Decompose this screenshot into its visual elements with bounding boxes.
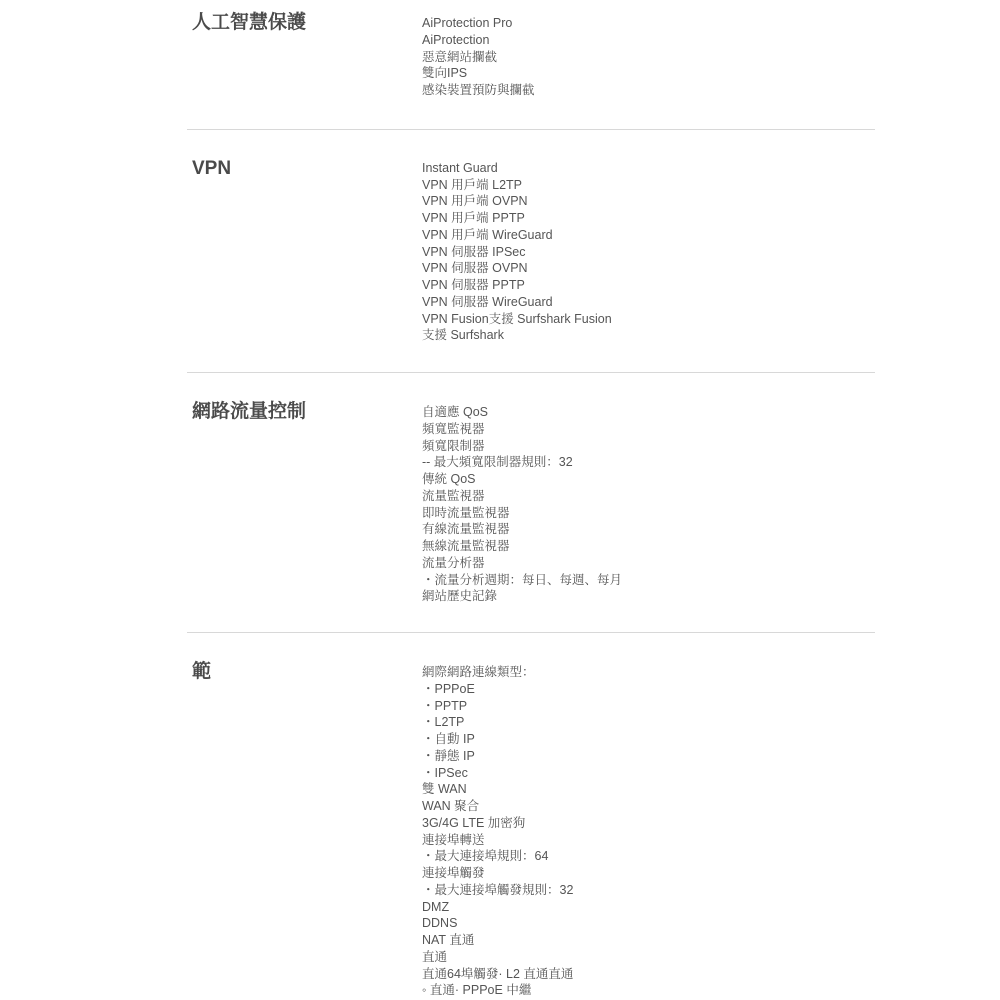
- feature-item: 有線流量監視器: [422, 521, 875, 538]
- feature-item: 網際網路連線類型：: [422, 664, 875, 681]
- feature-item: VPN 伺服器 PPTP: [422, 277, 875, 294]
- feature-list: 網際網路連線類型： ・PPPoE ・PPTP ・L2TP ・自動 IP ・靜態 …: [422, 660, 875, 999]
- feature-item: VPN 用戶端 L2TP: [422, 177, 875, 194]
- feature-item: VPN 伺服器 WireGuard: [422, 294, 875, 311]
- feature-item: 雙向IPS: [422, 65, 875, 82]
- feature-item: 網站歷史記錄: [422, 588, 875, 605]
- feature-item: NAT 直通: [422, 932, 875, 949]
- feature-item: VPN 用戶端 WireGuard: [422, 227, 875, 244]
- feature-item: 頻寬監視器: [422, 421, 875, 438]
- section-vpn: VPN Instant Guard VPN 用戶端 L2TP VPN 用戶端 O…: [187, 130, 875, 344]
- spec-table: 人工智慧保護 AiProtection Pro AiProtection 惡意網…: [187, 0, 875, 999]
- feature-list: 自適應 QoS 頻寬監視器 頻寬限制器 -- 最大頻寬限制器規則：32 傳統 Q…: [422, 400, 875, 605]
- feature-item: 頻寬限制器: [422, 438, 875, 455]
- feature-list: AiProtection Pro AiProtection 惡意網站攔截 雙向I…: [422, 11, 875, 99]
- section-traffic-control: 網路流量控制 自適應 QoS 頻寬監視器 頻寬限制器 -- 最大頻寬限制器規則：…: [187, 373, 875, 605]
- feature-item: Instant Guard: [422, 160, 875, 177]
- feature-item: 連接埠觸發: [422, 865, 875, 882]
- feature-item: WAN 聚合: [422, 798, 875, 815]
- feature-item: 惡意網站攔截: [422, 49, 875, 66]
- feature-item: 直通64埠觸發· L2 直通直通: [422, 966, 875, 983]
- feature-item: ・最大連接埠規則：64: [422, 848, 875, 865]
- feature-item: ・靜態 IP: [422, 748, 875, 765]
- section-ai-protection: 人工智慧保護 AiProtection Pro AiProtection 惡意網…: [187, 0, 875, 99]
- feature-item: ・自動 IP: [422, 731, 875, 748]
- feature-item: 連接埠轉送: [422, 832, 875, 849]
- feature-item: ・PPPoE: [422, 681, 875, 698]
- section-title: 範: [187, 660, 422, 684]
- feature-item: DDNS: [422, 915, 875, 932]
- feature-item: VPN 用戶端 PPTP: [422, 210, 875, 227]
- feature-item: 直通: [422, 949, 875, 966]
- feature-item: ・IPSec: [422, 765, 875, 782]
- feature-item: 無線流量監視器: [422, 538, 875, 555]
- section-wan: 範 網際網路連線類型： ・PPPoE ・PPTP ・L2TP ・自動 IP ・靜…: [187, 633, 875, 999]
- feature-item: 傳統 QoS: [422, 471, 875, 488]
- feature-item: DMZ: [422, 899, 875, 916]
- feature-item: AiProtection Pro: [422, 15, 875, 32]
- feature-item: 流量監視器: [422, 488, 875, 505]
- feature-item: ・流量分析週期：每日、每週、每月: [422, 572, 875, 589]
- feature-item: ・L2TP: [422, 714, 875, 731]
- feature-item: AiProtection: [422, 32, 875, 49]
- feature-item: ・最大連接埠觸發規則：32: [422, 882, 875, 899]
- feature-item: VPN Fusion支援 Surfshark Fusion: [422, 311, 875, 328]
- section-title: 網路流量控制: [187, 400, 422, 424]
- feature-item: VPN 伺服器 OVPN: [422, 260, 875, 277]
- feature-item: 3G/4G LTE 加密狗: [422, 815, 875, 832]
- feature-item: 流量分析器: [422, 555, 875, 572]
- feature-item: 支援 Surfshark: [422, 327, 875, 344]
- feature-item: 即時流量監視器: [422, 505, 875, 522]
- feature-item: 自適應 QoS: [422, 404, 875, 421]
- feature-item: ・PPTP: [422, 698, 875, 715]
- feature-item: 感染裝置預防與攔截: [422, 82, 875, 99]
- feature-list: Instant Guard VPN 用戶端 L2TP VPN 用戶端 OVPN …: [422, 157, 875, 344]
- section-title: VPN: [187, 157, 422, 181]
- feature-item: VPN 伺服器 IPSec: [422, 244, 875, 261]
- feature-item: -- 最大頻寬限制器規則：32: [422, 454, 875, 471]
- feature-item: VPN 用戶端 OVPN: [422, 193, 875, 210]
- feature-item: ◦ 直通· PPPoE 中繼: [422, 982, 875, 999]
- section-title: 人工智慧保護: [187, 11, 422, 35]
- feature-item: 雙 WAN: [422, 781, 875, 798]
